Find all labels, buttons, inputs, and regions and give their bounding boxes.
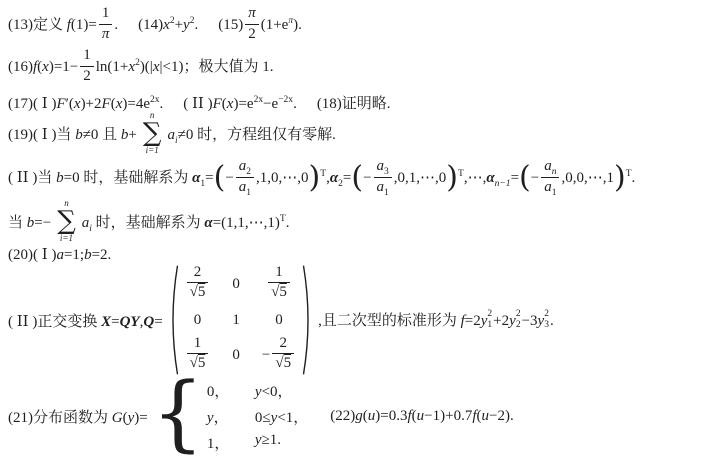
text-run: 2 xyxy=(248,26,256,42)
text-run: )+2 xyxy=(81,96,102,112)
text-run: n−1 xyxy=(495,179,511,189)
text-run: ( xyxy=(8,314,17,330)
text-run: y xyxy=(538,313,545,329)
summation-symbol: n∑i=1 xyxy=(143,111,162,156)
text-run: )=0.3 xyxy=(375,408,407,424)
text-run: α xyxy=(330,170,338,186)
text-run: 0， xyxy=(207,384,230,400)
square-root: √5 xyxy=(275,355,291,371)
text-run: 1 xyxy=(552,188,557,198)
text-run: a xyxy=(239,158,247,174)
fraction: a2a1 xyxy=(236,158,254,196)
text-run: )正交变换 xyxy=(29,314,102,330)
text-run: ) xyxy=(309,164,321,191)
piecewise-cases: 0， y<0， y， 0≤y<1， 1， y≥1. xyxy=(207,380,308,453)
fraction: a3a1 xyxy=(374,158,392,196)
matrix-grid: 2√5 0 1√5 0 1 0 1√5 0 −2√5 xyxy=(179,264,302,376)
text-run: ′( xyxy=(66,96,74,112)
text-run: 时，基础解系为 xyxy=(92,214,205,230)
text-run: − xyxy=(531,170,539,186)
text-run: ( xyxy=(214,164,226,191)
text-run: =(1,1,⋯,1) xyxy=(213,214,280,230)
text-run: a xyxy=(56,247,64,263)
text-run: II xyxy=(192,94,204,112)
text-run: (17)( xyxy=(8,96,42,112)
text-run: ) xyxy=(204,96,213,112)
text-run: (15) xyxy=(218,17,243,33)
text-run: 3 xyxy=(384,167,389,177)
fraction: ana1 xyxy=(541,158,559,196)
matrix-right-paren xyxy=(302,264,314,376)
formula-22: (22)g(u)=0.3f(u−1)+0.7f(u−2). xyxy=(330,408,513,425)
line-answer-19-part1: (19)( I )当 b≠0 且 b+n∑i=1ai≠0 时，方程组仅有零解. xyxy=(8,112,336,158)
text-run: −e xyxy=(263,96,278,112)
summation-symbol: n∑i=1 xyxy=(57,199,76,244)
text-run: 1 xyxy=(102,5,110,21)
text-run: F xyxy=(102,96,111,112)
case-row-3: 1， y≥1. xyxy=(207,432,308,453)
sup-sub: 22 xyxy=(516,310,521,330)
text-run: ). xyxy=(293,17,302,33)
text-run: X xyxy=(101,314,111,330)
line-answer-20-part2: ( II )正交变换 X=QY,Q= 2√5 0 1√5 0 1 0 1√5 0… xyxy=(8,262,554,378)
text-run: 当 xyxy=(8,214,27,230)
text-run: 0 xyxy=(232,347,240,363)
formula-20-ii-suffix: ,且二次型的标准形为 f=2y21+2y22−3y23. xyxy=(318,309,554,332)
text-run: 2 xyxy=(83,68,91,84)
cases-brace: { xyxy=(152,377,204,451)
text-run: b xyxy=(84,247,92,263)
text-run: a xyxy=(377,158,385,174)
formula-20-ii-prefix: ( II )正交变换 X=QY,Q= xyxy=(8,310,163,331)
text-run: ln(1+ xyxy=(96,59,129,75)
text-run: 0 xyxy=(275,312,283,328)
matrix-cell-23: 0 xyxy=(275,312,283,329)
case-value: y， xyxy=(207,406,235,427)
text-run: . xyxy=(114,17,118,33)
text-run: ,且二次型的标准形为 xyxy=(318,313,461,329)
sup-sub: 23 xyxy=(544,310,549,330)
text-run: ≠0 且 xyxy=(83,126,121,142)
fraction: 1π xyxy=(99,5,113,43)
text-run: . xyxy=(293,96,297,112)
text-run: 0 xyxy=(194,312,202,328)
line-answers-13-15: (13)定义 f(1)=1π.(14)x2+y2.(15)π2(1+eπ). xyxy=(8,4,302,48)
case-condition: y<0， xyxy=(255,380,293,401)
text-run: II xyxy=(17,312,29,330)
text-run: 1 xyxy=(275,264,283,280)
text-run: Q xyxy=(143,314,154,330)
formula-20-i: (20)( I )a=1;b=2. xyxy=(8,245,111,264)
text-run: + xyxy=(175,17,183,33)
text-run: −3 xyxy=(522,313,538,329)
text-run: ( xyxy=(8,170,17,186)
text-run: . xyxy=(632,170,636,186)
text-run: y xyxy=(207,410,214,426)
text-run: 1 xyxy=(232,312,240,328)
formula-19-ii-b: 当 b=−n∑i=1ai 时，基础解系为 α=(1,1,⋯,1)T. xyxy=(8,201,289,246)
text-run: − xyxy=(225,170,233,186)
case-condition: 0≤y<1， xyxy=(255,406,308,427)
text-run: α xyxy=(204,214,212,230)
text-run: g xyxy=(355,408,363,424)
text-run: ,⋯, xyxy=(464,170,487,186)
case-row-2: y， 0≤y<1， xyxy=(207,406,308,427)
sup-sub: 21 xyxy=(487,310,492,330)
formula-17-18: (17)( I )F′(x)+2F(x)=4e2x.( II )F(x)=e2x… xyxy=(8,92,391,113)
text-run: . xyxy=(550,313,554,329)
text-run: a xyxy=(377,179,385,195)
text-run: y xyxy=(183,17,190,33)
case-value: 1， xyxy=(207,432,235,453)
text-run: 2 xyxy=(279,335,287,351)
text-run: )(| xyxy=(140,59,153,75)
text-run: )=1− xyxy=(49,59,78,75)
formula-21-prefix: (21)分布函数为 G(y)= xyxy=(8,406,148,427)
text-run: x xyxy=(74,96,81,112)
formula-16: (16)f(x)=1−12ln(1+x2)(|x|<1)；极大值为 1. xyxy=(8,49,273,87)
text-run: (22) xyxy=(330,408,355,424)
fraction: 2√5 xyxy=(272,335,294,373)
text-run: ( xyxy=(519,164,531,191)
text-run: =0 时，基础解系为 xyxy=(64,170,192,186)
orthogonal-matrix: 2√5 0 1√5 0 1 0 1√5 0 −2√5 xyxy=(167,264,314,376)
text-run: 2 xyxy=(246,167,251,177)
document-page: (13)定义 f(1)=1π.(14)x2+y2.(15)π2(1+eπ). (… xyxy=(0,0,704,457)
text-run: ≥1. xyxy=(262,432,281,448)
matrix-cell-21: 0 xyxy=(194,312,202,329)
text-run: F xyxy=(213,96,222,112)
text-run: = xyxy=(205,170,213,186)
line-answers-21-22: (21)分布函数为 G(y)= { 0， y<0， y， 0≤y<1， 1， y… xyxy=(8,376,514,457)
text-run: (1)= xyxy=(71,17,97,33)
line-answers-17-18: (17)( I )F′(x)+2F(x)=4e2x.( II )F(x)=e2x… xyxy=(8,90,391,114)
text-run: 1， xyxy=(207,436,230,452)
text-run: =2. xyxy=(92,247,112,263)
text-run: <0， xyxy=(262,384,293,400)
text-run: −1)+0.7 xyxy=(424,408,472,424)
fraction: 1√5 xyxy=(268,264,290,302)
text-run: )=4e xyxy=(122,96,150,112)
text-run: 1 xyxy=(246,188,251,198)
text-run: −2x xyxy=(278,95,293,105)
matrix-cell-33: −2√5 xyxy=(262,337,296,375)
case-condition: y≥1. xyxy=(255,432,281,453)
matrix-left-paren xyxy=(167,264,179,376)
text-run: = xyxy=(511,170,519,186)
line-answer-16: (16)f(x)=1−12ln(1+x2)(|x|<1)；极大值为 1. xyxy=(8,46,273,90)
text-run: ， xyxy=(214,410,229,426)
text-run: 2x xyxy=(254,95,264,105)
matrix-cell-11: 2√5 xyxy=(185,266,211,304)
text-run: 1 xyxy=(83,47,91,63)
text-run: =1; xyxy=(64,247,84,263)
text-run: (14) xyxy=(138,17,163,33)
matrix-cell-12: 0 xyxy=(232,276,240,293)
fraction: 2√5 xyxy=(187,264,209,302)
text-run: F xyxy=(56,96,65,112)
line-answer-20-part1: (20)( I )a=1;b=2. xyxy=(8,244,111,264)
text-run: ≠0 时，方程组仅有零解. xyxy=(178,126,336,142)
text-run: (18)证明略. xyxy=(317,96,391,112)
matrix-cell-13: 1√5 xyxy=(266,266,292,304)
text-run: −2). xyxy=(489,408,514,424)
text-run: = xyxy=(111,314,119,330)
text-run: α xyxy=(486,170,494,186)
formula-13-15: (13)定义 f(1)=1π.(14)x2+y2.(15)π2(1+eπ). xyxy=(8,7,302,45)
text-run: u xyxy=(482,408,490,424)
text-run: + xyxy=(128,126,136,142)
text-run: ( xyxy=(351,164,363,191)
text-run: a xyxy=(239,179,247,195)
text-run: ,0,1,⋯,0 xyxy=(394,170,447,186)
square-root: √5 xyxy=(271,284,287,300)
fraction: π2 xyxy=(245,5,259,43)
formula-19-ii: ( II )当 b=0 时，基础解系为 α1=(−a2a1,1,0,⋯,0)T,… xyxy=(8,160,635,198)
text-run: ,1,0,⋯,0 xyxy=(256,170,309,186)
text-run: π xyxy=(102,26,110,42)
text-run: y xyxy=(481,313,488,329)
text-run: 2 xyxy=(194,264,202,280)
line-answer-19-part3: 当 b=−n∑i=1ai 时，基础解系为 α=(1,1,⋯,1)T. xyxy=(8,200,289,246)
text-run: )当 xyxy=(29,170,57,186)
text-run: +2 xyxy=(493,313,509,329)
square-root: √5 xyxy=(190,284,206,300)
text-run: G xyxy=(112,410,123,426)
text-run: n xyxy=(552,167,557,177)
text-run: . xyxy=(286,214,290,230)
text-run: 1 xyxy=(194,335,202,351)
text-run: a xyxy=(544,158,552,174)
text-run: = xyxy=(343,170,351,186)
text-run: (20)( xyxy=(8,247,42,263)
text-run: (19)( xyxy=(8,126,42,142)
text-run: . xyxy=(194,17,198,33)
text-run: b xyxy=(75,126,83,142)
fraction: 12 xyxy=(80,47,94,85)
text-run: = xyxy=(154,314,162,330)
text-run: =2 xyxy=(465,313,481,329)
text-run: y xyxy=(255,384,262,400)
text-run: − xyxy=(262,347,270,363)
formula-19-i: (19)( I )当 b≠0 且 b+n∑i=1ai≠0 时，方程组仅有零解. xyxy=(8,113,336,158)
text-run: . xyxy=(160,96,164,112)
text-run: QY xyxy=(120,314,140,330)
text-run: ( xyxy=(183,96,192,112)
text-run: (16) xyxy=(8,59,33,75)
text-run: x xyxy=(163,17,170,33)
text-run: (21)分布函数为 xyxy=(8,410,112,426)
matrix-cell-32: 0 xyxy=(232,347,240,364)
text-run: (13)定义 xyxy=(8,17,67,33)
case-row-1: 0， y<0， xyxy=(207,380,308,401)
text-run: |<1)；极大值为 1. xyxy=(159,59,273,75)
text-run: − xyxy=(363,170,371,186)
matrix-cell-22: 1 xyxy=(232,312,240,329)
text-run: 0 xyxy=(232,276,240,292)
text-run: y xyxy=(509,313,516,329)
text-run: y xyxy=(255,432,262,448)
text-run: 1 xyxy=(384,188,389,198)
text-run: a xyxy=(544,179,552,195)
text-run: b xyxy=(56,170,64,186)
text-run: 2x xyxy=(150,95,160,105)
text-run: a xyxy=(167,126,175,142)
line-answer-19-part2: ( II )当 b=0 时，基础解系为 α1=(−a2a1,1,0,⋯,0)T,… xyxy=(8,156,635,202)
case-value: 0， xyxy=(207,380,235,401)
text-run: ) xyxy=(446,164,458,191)
text-run: 0≤ xyxy=(255,410,271,426)
text-run: π xyxy=(248,5,256,21)
text-run: )=e xyxy=(233,96,253,112)
text-run: =− xyxy=(34,214,51,230)
text-run: ) xyxy=(614,164,626,191)
text-run: )= xyxy=(134,410,147,426)
text-run: x xyxy=(42,59,49,75)
text-run: II xyxy=(17,168,29,186)
text-run: )当 xyxy=(48,126,76,142)
text-run: <1， xyxy=(277,410,308,426)
text-run: ,0,0,⋯,1 xyxy=(561,170,614,186)
text-run: (1+e xyxy=(261,17,289,33)
